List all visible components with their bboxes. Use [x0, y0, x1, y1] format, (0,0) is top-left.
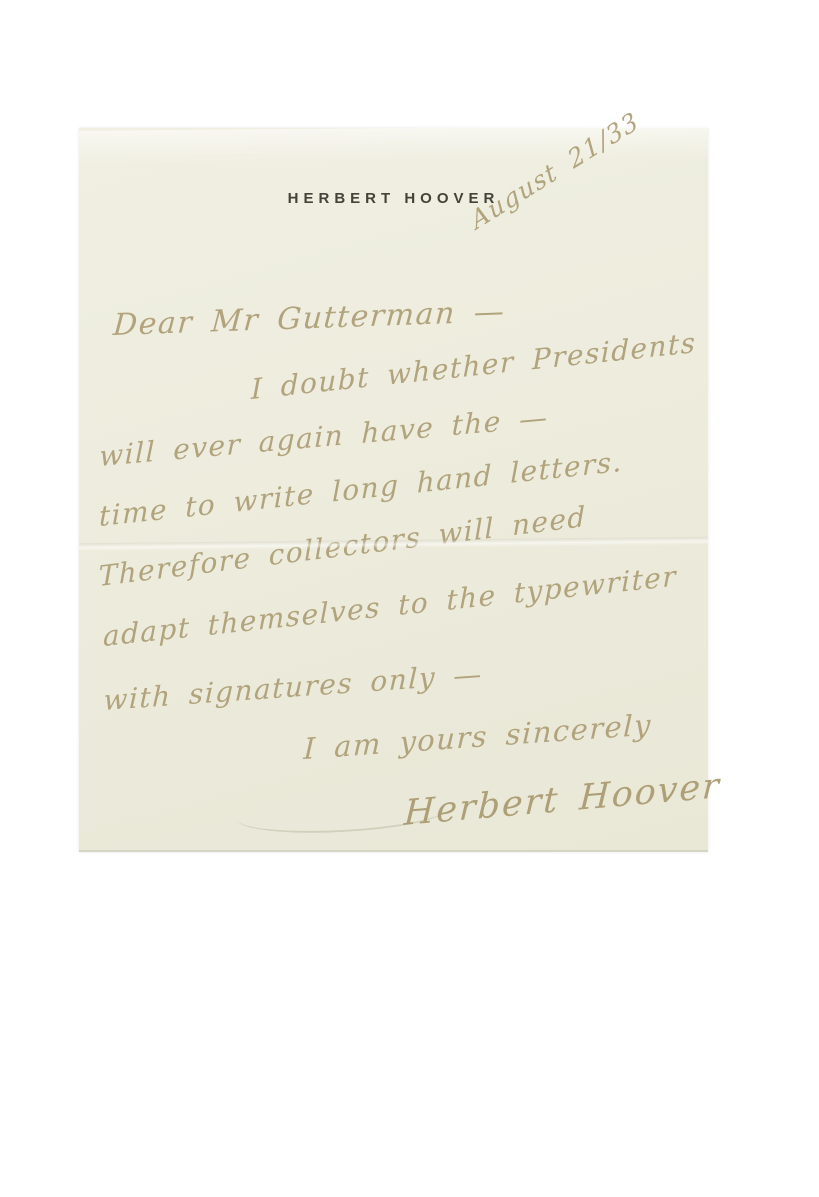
closing-line: I am yours sincerely: [303, 707, 652, 766]
salutation-line: Dear Mr Gutterman —: [112, 294, 507, 343]
letterhead-text: HERBERT HOOVER: [79, 190, 708, 207]
body-line: with signatures only —: [103, 657, 483, 717]
scan-page: HERBERT HOOVER August 21/33 Dear Mr Gutt…: [0, 0, 819, 1197]
letter-paper: HERBERT HOOVER August 21/33 Dear Mr Gutt…: [79, 128, 708, 852]
signature: Herbert Hoover: [403, 766, 722, 834]
handwritten-date: August 21/33: [466, 106, 643, 235]
body-line: I doubt whether Presidents: [251, 326, 696, 406]
